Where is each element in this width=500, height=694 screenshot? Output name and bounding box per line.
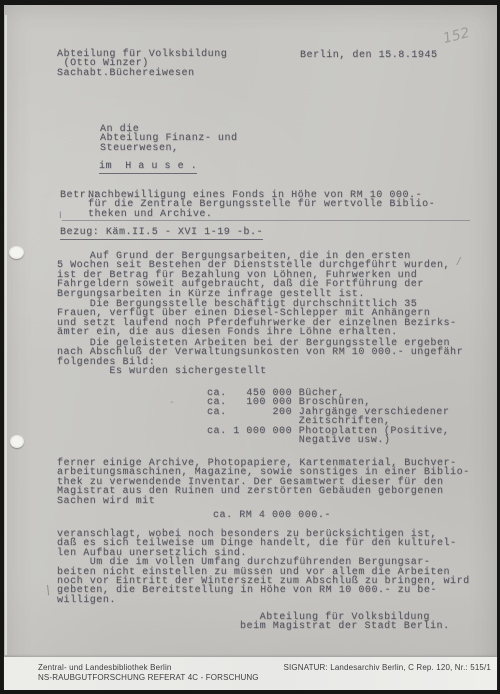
document-scan: { "annotations": { "page_number": "152",… <box>0 0 500 694</box>
secured-items-list: ca. 450 000 Bücher, ca. 100 000 Broschür… <box>207 389 449 445</box>
reference-text: Bezug: Käm.II.5 - XVI 1-19 -b.- <box>60 227 263 240</box>
handwritten-dash-mark: - <box>170 397 174 408</box>
paragraph-2: Die Bergungsstelle beschäftigt durchschn… <box>57 300 457 338</box>
date-line: Berlin, den 15.8.1945 <box>300 51 438 60</box>
handwritten-slash-mark: / <box>457 256 460 267</box>
salutation-text: im H a u s e . <box>99 161 197 174</box>
handwritten-backslash-mark: \ <box>46 583 50 597</box>
signature-block: Abteilung für Volksbildung beim Magistra… <box>240 613 450 632</box>
scan-edge-sliver <box>5 15 7 655</box>
subject-underline-rule <box>62 220 470 221</box>
recipient-block: An die Abteilung Finanz- und Steuerwesen… <box>100 125 238 153</box>
subject-line-2: für die Zentrale Bergungsstelle für wert… <box>88 200 435 209</box>
salutation-in-house: im H a u s e . <box>99 162 197 171</box>
paragraph-4: ferner einige Archive, Photopapiere, Kar… <box>57 459 470 506</box>
paragraph-1: Auf Grund der Bergungsarbeiten, die in d… <box>57 252 450 299</box>
footer-signatur: SIGNATUR: Landesarchiv Berlin, C Rep. 12… <box>284 663 491 673</box>
paragraph-3: Die geleisteten Arbeiten bei der Bergung… <box>57 339 463 377</box>
subject-line-3: theken und Archive. <box>88 210 212 219</box>
amount-line: ca. RM 4 000 000.- <box>213 511 331 520</box>
sender-block: Abteilung für Volksbildung (Otto Winzer)… <box>57 50 227 78</box>
hole-punch-top <box>9 246 24 259</box>
reference-line: Bezug: Käm.II.5 - XVI 1-19 -b.- <box>60 228 263 237</box>
footer-institution: Zentral- und Landesbibliothek Berlin NS-… <box>38 663 259 682</box>
hole-punch-bottom <box>10 435 24 448</box>
paragraph-5: veranschlagt, wobei noch besonders zu be… <box>57 530 470 605</box>
